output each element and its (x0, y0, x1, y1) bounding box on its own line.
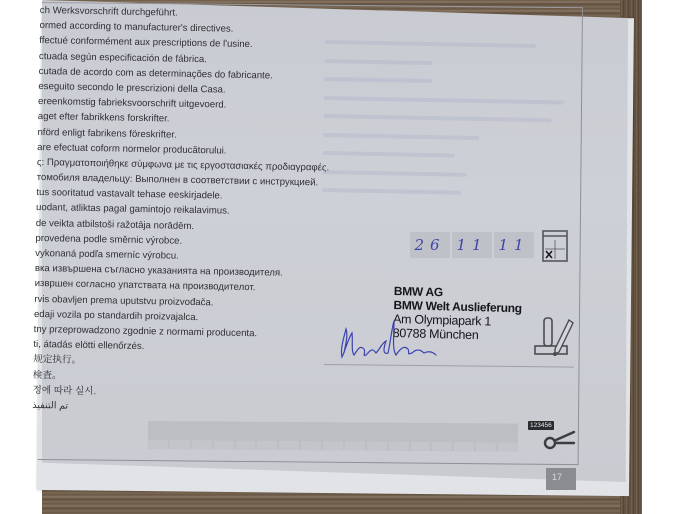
stamp-pen-icon (533, 314, 575, 362)
page-number: 17 (546, 468, 576, 490)
compliance-statements: ch Werksvorschrift durchgeführt.ormed ac… (32, 3, 370, 419)
mileage-entry-field[interactable] (148, 421, 518, 452)
calendar-icon (541, 229, 569, 263)
date-day-field[interactable]: 26 (410, 232, 450, 258)
tow-hook-icon (540, 428, 576, 450)
date-month-field[interactable]: 11 (452, 232, 492, 258)
bleed-through-text (322, 40, 565, 211)
handwritten-signature (336, 315, 446, 365)
date-year-field[interactable]: 11 (494, 232, 534, 258)
